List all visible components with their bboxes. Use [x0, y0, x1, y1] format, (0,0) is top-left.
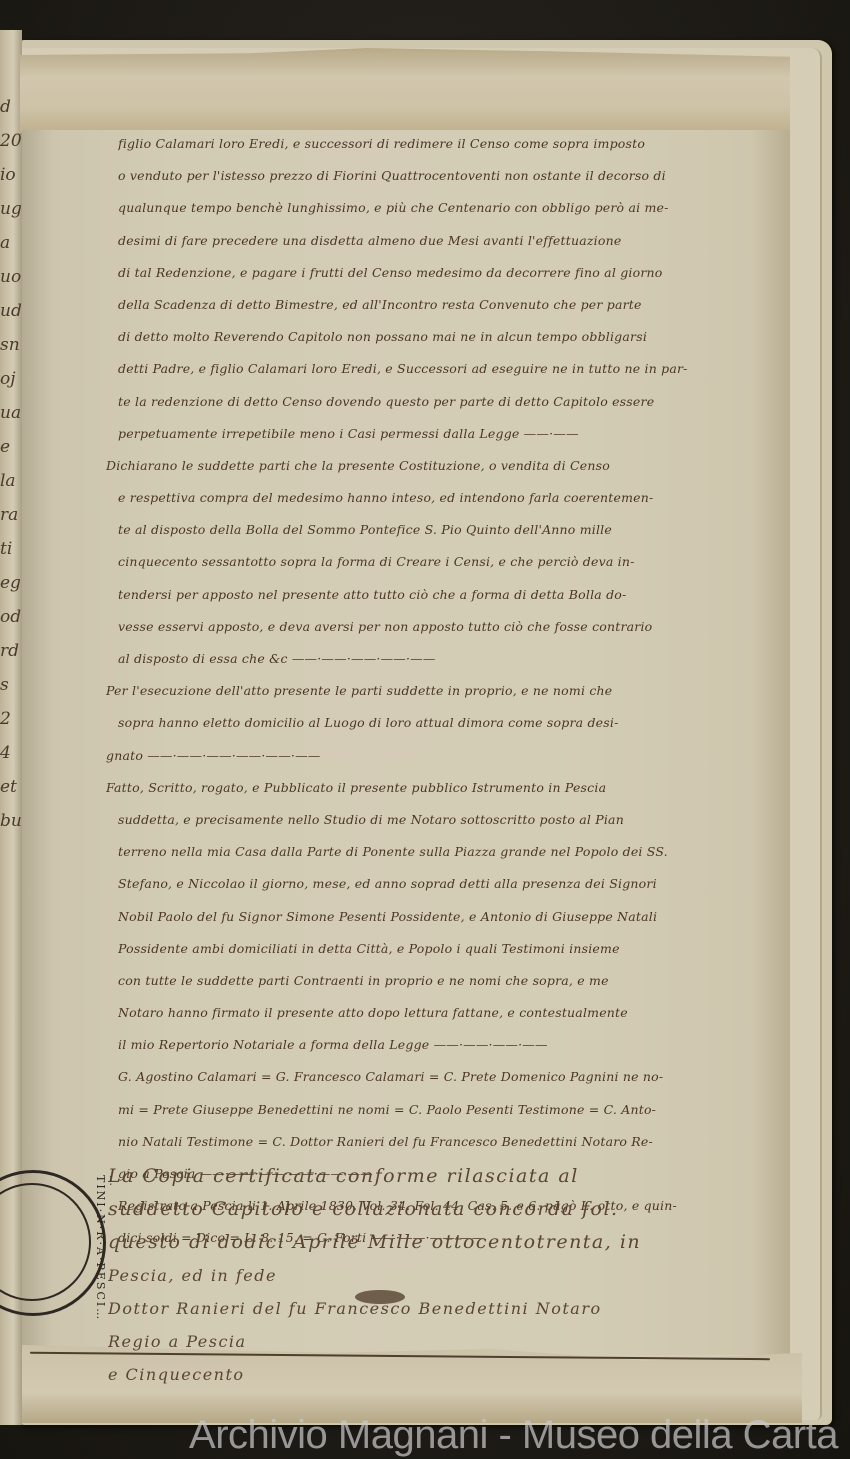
- archive-watermark: Archivio Magnani - Museo della Carta: [0, 1411, 838, 1459]
- handwritten-line: te la redenzione di detto Censo dovendo …: [118, 386, 798, 418]
- handwritten-line: e respettiva compra del medesimo hanno i…: [118, 482, 798, 514]
- handwritten-line: detti Padre, e figlio Calamari loro Ered…: [118, 353, 798, 385]
- handwritten-line: di detto molto Reverendo Capitolo non po…: [118, 321, 798, 353]
- handwritten-line: cinquecento sessantotto sopra la forma d…: [118, 546, 798, 578]
- handwritten-line: Dichiarano le suddette parti che la pres…: [106, 450, 798, 482]
- handwritten-line: terreno nella mia Casa dalla Parte di Po…: [118, 836, 798, 868]
- certification-block: La Copia certificata conforme rilasciata…: [108, 1160, 808, 1391]
- handwritten-line: Nobil Paolo del fu Signor Simone Pesenti…: [118, 901, 798, 933]
- handwritten-line: figlio Calamari loro Eredi, e successori…: [118, 128, 798, 160]
- seal-inscription: …TINI·N·R·A·PESCI…: [80, 1175, 120, 1305]
- handwritten-line: desimi di fare precedere una disdetta al…: [118, 225, 798, 257]
- handwritten-line: o venduto per l'istesso prezzo di Fiorin…: [118, 160, 798, 192]
- certification-line: questo di dodici Aprile Mille ottocentot…: [108, 1226, 808, 1259]
- handwritten-line: Per l'esecuzione dell'atto presente le p…: [106, 675, 798, 707]
- handwritten-line: qualunque tempo benchè lunghissimo, e pi…: [118, 192, 798, 224]
- handwritten-line: te al disposto della Bolla del Sommo Pon…: [118, 514, 798, 546]
- certification-line: suddetto Capitolo e collazionata concord…: [108, 1193, 808, 1226]
- handwritten-line: con tutte le suddette parti Contraenti i…: [118, 965, 798, 997]
- torn-top-edge: [20, 48, 790, 135]
- handwritten-line: Notaro hanno firmato il presente atto do…: [118, 997, 798, 1029]
- handwritten-line: sopra hanno eletto domicilio al Luogo di…: [118, 707, 798, 739]
- handwritten-body: figlio Calamari loro Eredi, e successori…: [118, 128, 798, 1255]
- certification-line: Dottor Ranieri del fu Francesco Benedett…: [108, 1292, 808, 1325]
- handwritten-line: mi = Prete Giuseppe Benedettini ne nomi …: [118, 1094, 798, 1126]
- handwritten-line: al disposto di essa che &c ——·——·——·——·—…: [118, 643, 798, 675]
- handwritten-line: Fatto, Scritto, rogato, e Pubblicato il …: [106, 772, 798, 804]
- left-margin-fragments: d 20 io ug a uo ud sn oj ua e la ra ti e…: [0, 90, 30, 1190]
- ink-blot: [355, 1290, 405, 1304]
- handwritten-line: G. Agostino Calamari = G. Francesco Cala…: [118, 1061, 798, 1093]
- certification-line: Pescia, ed in fede: [108, 1259, 808, 1292]
- handwritten-line: di tal Redenzione, e pagare i frutti del…: [118, 257, 798, 289]
- handwritten-line: nio Natali Testimone = C. Dottor Ranieri…: [118, 1126, 798, 1158]
- handwritten-line: Stefano, e Niccolao il giorno, mese, ed …: [118, 868, 798, 900]
- handwritten-line: gnato ——·——·——·——·——·——: [106, 740, 798, 772]
- handwritten-line: il mio Repertorio Notariale a forma dell…: [118, 1029, 798, 1061]
- certification-line: La Copia certificata conforme rilasciata…: [108, 1160, 808, 1193]
- certification-line: e Cinquecento: [108, 1358, 808, 1391]
- handwritten-line: vesse esservi apposto, e deva aversi per…: [118, 611, 798, 643]
- handwritten-line: della Scadenza di detto Bimestre, ed all…: [118, 289, 798, 321]
- handwritten-line: tendersi per apposto nel presente atto t…: [118, 579, 798, 611]
- seal-inner-ring: [0, 1183, 91, 1301]
- handwritten-line: suddetta, e precisamente nello Studio di…: [118, 804, 798, 836]
- certification-line: Regio a Pescia: [108, 1325, 808, 1358]
- handwritten-line: perpetuamente irrepetibile meno i Casi p…: [118, 418, 798, 450]
- handwritten-line: Possidente ambi domiciliati in detta Cit…: [118, 933, 798, 965]
